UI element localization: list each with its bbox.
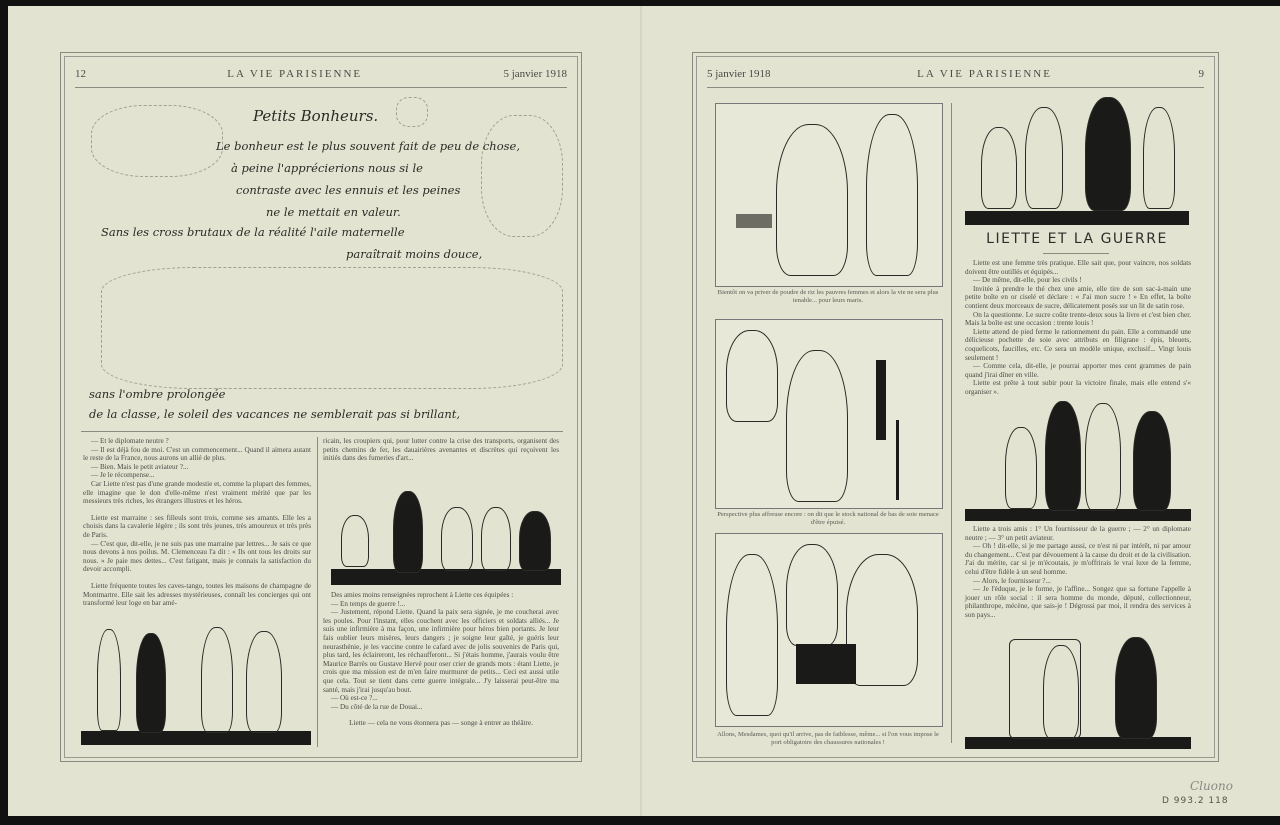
picnic-landscape-sketch xyxy=(101,267,563,389)
paragraph: — En temps de guerre !... xyxy=(323,600,559,609)
left-running-header: 12 LA VIE PARISIENNE 5 janvier 1918 xyxy=(75,61,567,88)
poem-line-4: ne le mettait en valeur. xyxy=(266,205,401,219)
archive-shelfmark: D 993.2 118 xyxy=(1162,796,1229,806)
paragraph: — Je le récompense... xyxy=(83,471,311,480)
closing-line: Liette — cela ne vous étonnera pas — son… xyxy=(323,719,559,728)
salon-trio-illustration xyxy=(965,397,1191,521)
paragraph: Des amies moins renseignées reprochent à… xyxy=(323,591,559,600)
poem-line-8: de la classe, le soleil des vacances ne … xyxy=(89,407,460,421)
paragraph: ricain, les croupiers qui, pour lutter c… xyxy=(323,437,559,463)
petits-bonheurs-illustration: Petits Bonheurs. Le bonheur est le plus … xyxy=(81,97,563,432)
left-magazine-title: LA VIE PARISIENNE xyxy=(227,68,362,80)
poem-line-3: contraste avec les ennuis et les peines xyxy=(236,183,460,197)
running-child-sketch xyxy=(91,105,223,177)
paragraph: — Comme cela, dit-elle, je pourrai appor… xyxy=(965,362,1191,379)
right-page-number: 9 xyxy=(1198,68,1204,80)
paragraph: Liette a trois amis : 1° Un fournisseur … xyxy=(965,525,1191,542)
tea-party-illustration xyxy=(965,97,1189,225)
paragraph: — Alors, le fournisseur ?... xyxy=(965,577,1191,586)
poem-line-5: Sans les cross brutaux de la réalité l'a… xyxy=(101,225,405,239)
paragraph: Liette est une femme très pratique. Elle… xyxy=(965,259,1191,276)
silk-stockings-caption: Perspective plus affreuse encore : on di… xyxy=(717,511,939,527)
street-figures-illustration xyxy=(81,619,311,745)
paragraph: — Où est-ce ?... xyxy=(323,694,559,703)
paragraph: — C'est que, dit-elle, je ne suis pas un… xyxy=(83,540,311,574)
paragraph: On la questionne. Le sucre coûte trente-… xyxy=(965,311,1191,328)
paragraph: Liette attend de pied ferme le rationnem… xyxy=(965,328,1191,362)
paragraph: Liette est marraine : ses filleuls sont … xyxy=(83,514,311,540)
left-page: 12 LA VIE PARISIENNE 5 janvier 1918 Peti… xyxy=(60,52,582,762)
paragraph: Invitée à prendre le thé chez une amie, … xyxy=(965,285,1191,311)
right-magazine-title: LA VIE PARISIENNE xyxy=(917,68,1052,80)
powder-cartoon xyxy=(715,103,943,287)
powder-caption: Bientôt on va priver de poudre de riz le… xyxy=(717,289,939,305)
article-part-1: Liette est une femme très pratique. Elle… xyxy=(965,259,1191,397)
left-page-number: 12 xyxy=(75,68,86,80)
paragraph: — Je l'éduque, je le forme, je l'affine.… xyxy=(965,585,1191,619)
mother-in-chair-sketch xyxy=(481,115,563,237)
national-shoes-cartoon xyxy=(715,533,943,727)
paragraph: — Justement, répond Liette. Quand la pai… xyxy=(323,608,559,694)
paragraph: — Et le diplomate neutre ? xyxy=(83,437,311,446)
paragraph: — Oh ! dit-elle, si je me partage aussi,… xyxy=(965,542,1191,576)
paragraph: — De même, dit-elle, pour les civils ! xyxy=(965,276,1191,285)
paragraph: Liette fréquente toutes les caves-tango,… xyxy=(83,582,311,608)
paragraph: — Du côté de la rue de Douai... xyxy=(323,703,559,712)
article-part-2: Liette a trois amis : 1° Un fournisseur … xyxy=(965,525,1191,620)
paragraph: Car Liette n'est pas d'une grande modest… xyxy=(83,480,311,506)
poem-line-1: Le bonheur est le plus souvent fait de p… xyxy=(216,139,520,153)
paragraph: Liette est prête à tout subir pour la vi… xyxy=(965,379,1191,396)
paragraph: — Il est déjà fou de moi. C'est un comme… xyxy=(83,446,311,463)
right-running-header: 5 janvier 1918 LA VIE PARISIENNE 9 xyxy=(707,61,1204,88)
silk-stockings-cartoon xyxy=(715,319,943,509)
left-issue-date: 5 janvier 1918 xyxy=(503,68,567,80)
puppy-sketch xyxy=(396,97,428,127)
archive-signature: Cluono xyxy=(1190,779,1233,793)
left-column-2-top: ricain, les croupiers qui, pour lutter c… xyxy=(323,437,559,463)
dressing-screen-illustration xyxy=(965,631,1191,749)
right-page: 5 janvier 1918 LA VIE PARISIENNE 9 Bient… xyxy=(692,52,1219,762)
poem-line-2: à peine l'apprécierions nous si le xyxy=(231,161,423,175)
dance-hall-illustration xyxy=(331,487,561,585)
left-column-2-bottom: Des amies moins renseignées reprochent à… xyxy=(323,591,559,728)
national-shoes-caption: Allons, Mesdames, quoi qu'il arrive, pas… xyxy=(717,731,939,747)
poem-line-6: paraîtrait moins douce, xyxy=(346,247,482,261)
right-issue-date: 5 janvier 1918 xyxy=(707,68,771,80)
paragraph: — Bien. Mais le petit aviateur ?... xyxy=(83,463,311,472)
left-column-1: — Et le diplomate neutre ? — Il est déjà… xyxy=(83,437,311,608)
book-spine xyxy=(640,6,642,816)
article-title: LIETTE ET LA GUERRE xyxy=(965,231,1189,247)
poem-title: Petits Bonheurs. xyxy=(253,107,378,125)
poem-line-7: sans l'ombre prolongée xyxy=(89,387,225,401)
